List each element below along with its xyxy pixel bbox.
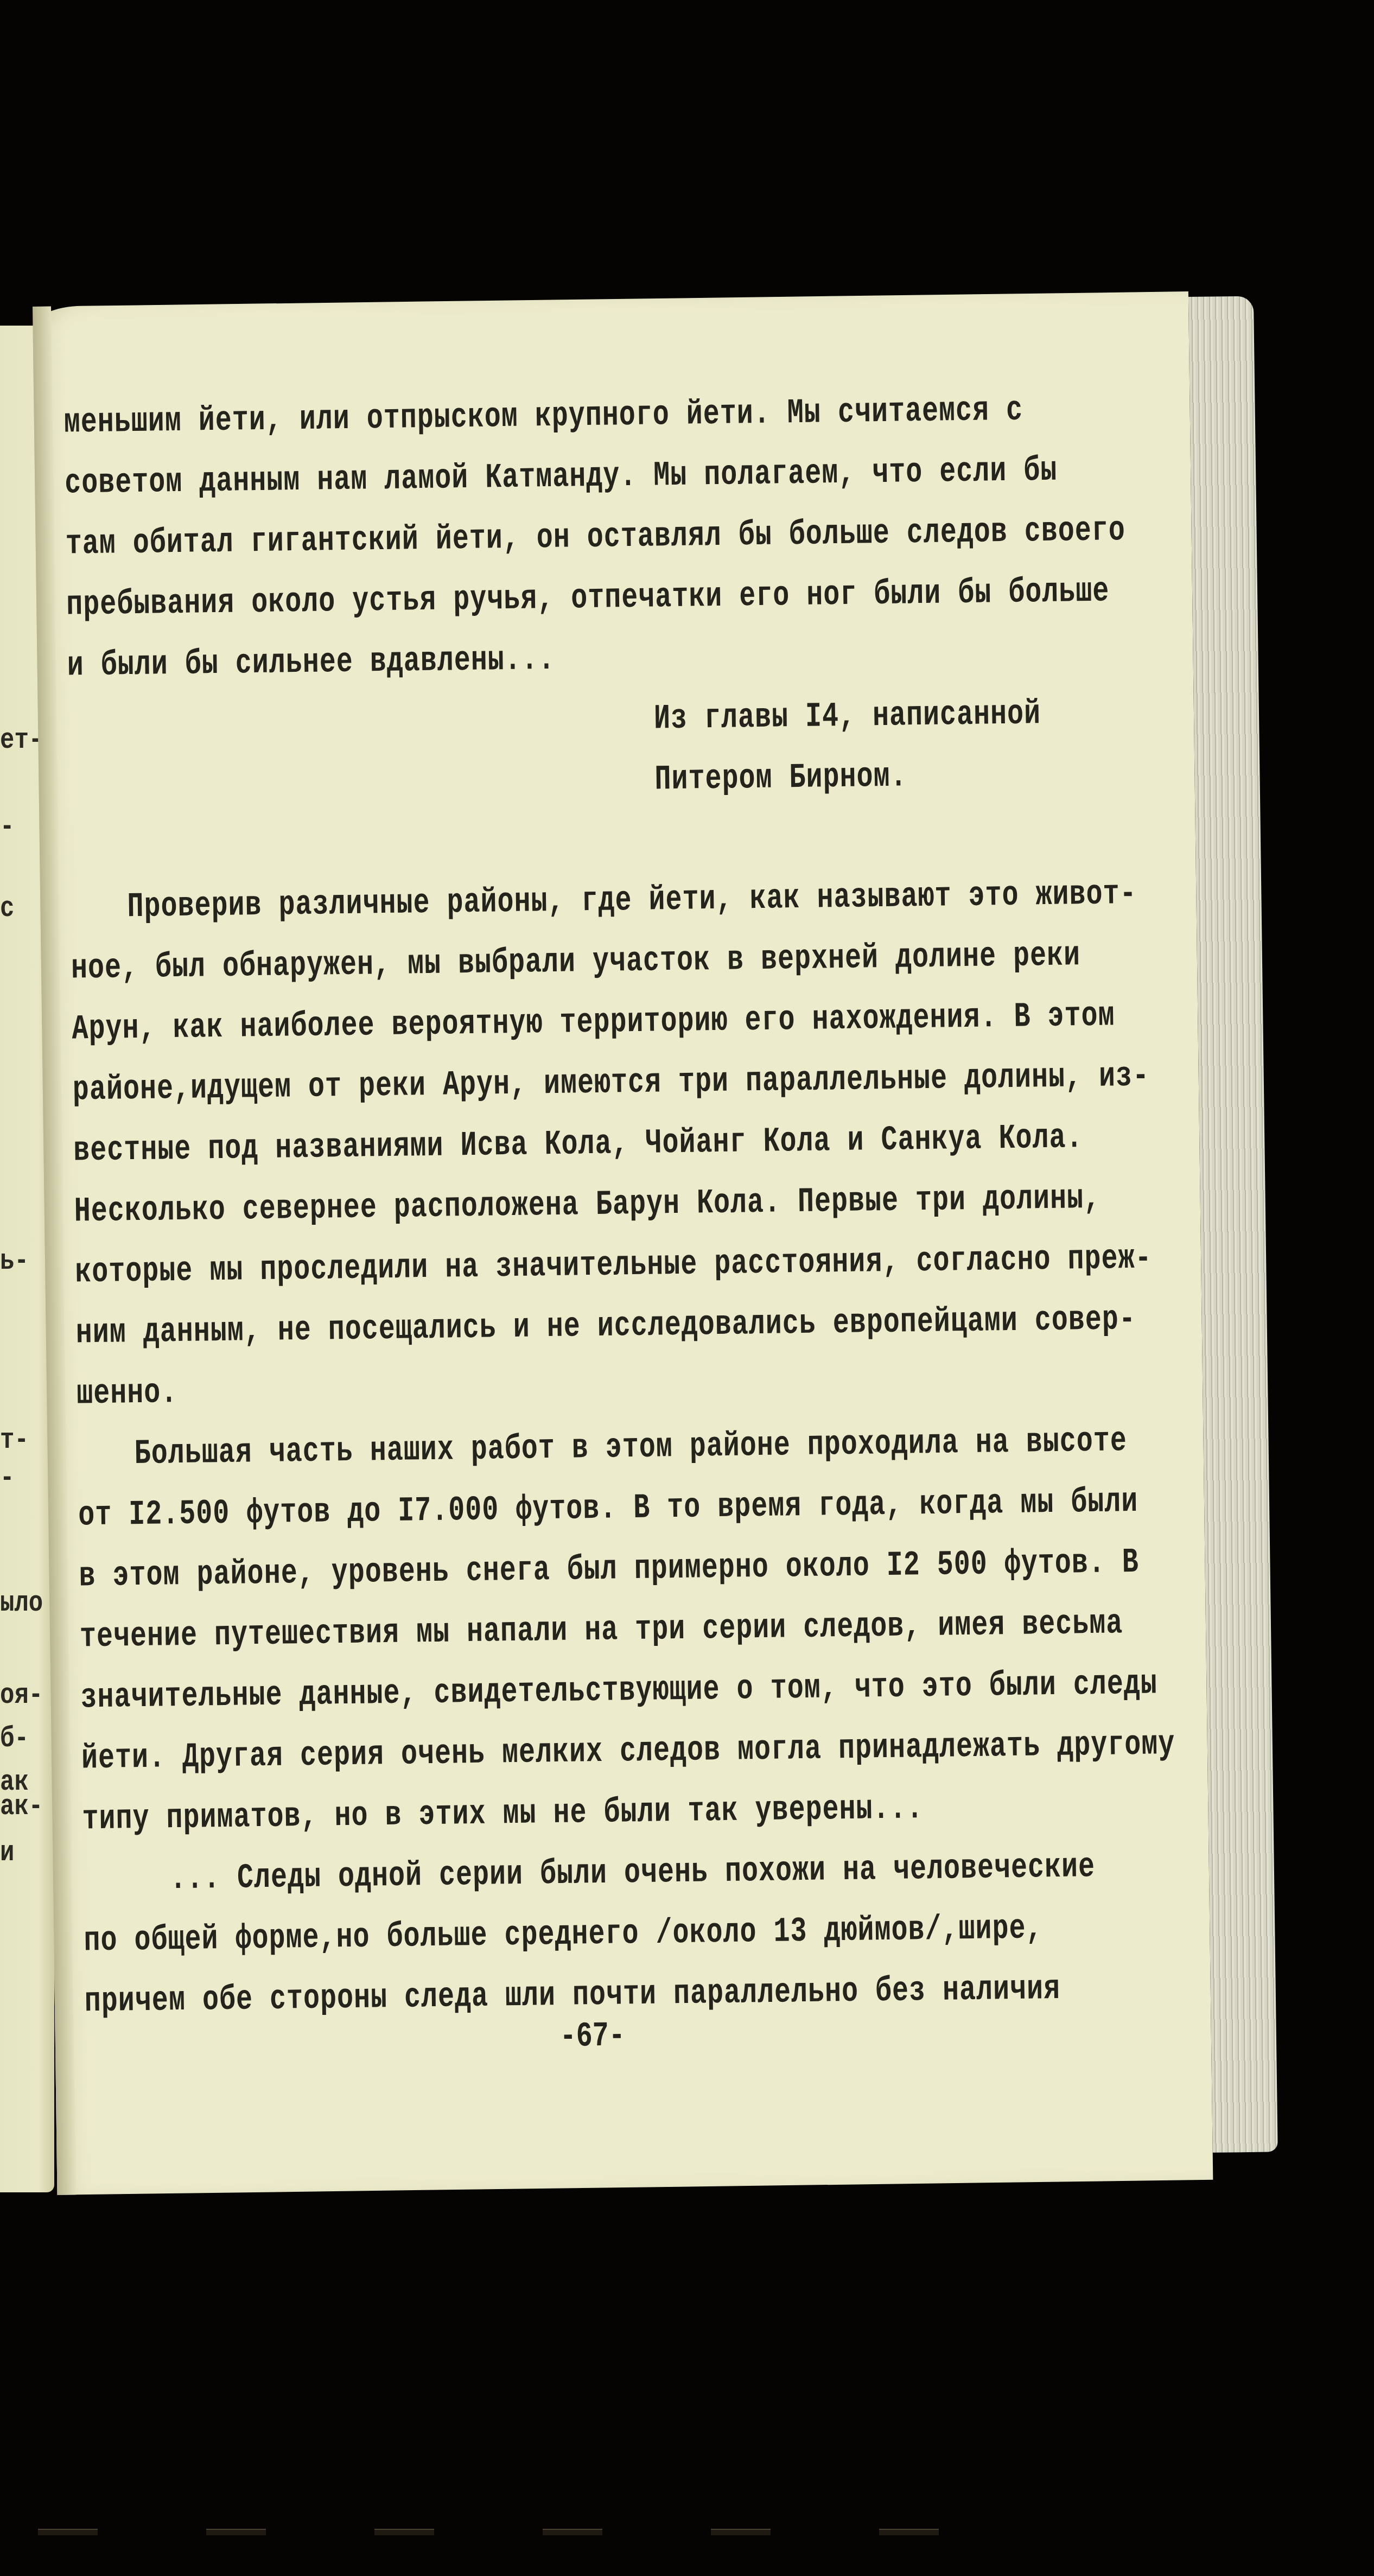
scanner-mark	[374, 2529, 434, 2535]
prev-page-text: -	[0, 811, 14, 844]
scanner-mark	[711, 2529, 771, 2535]
page-text: меньшим йети, или отпрыском крупного йет…	[63, 379, 1159, 2033]
attribution-line: Питером Бирном.	[68, 735, 1144, 827]
prev-page-text: и	[0, 1837, 14, 1869]
scanner-mark	[543, 2529, 602, 2535]
scanner-mark	[879, 2529, 939, 2535]
prev-page-text: ак-	[0, 1791, 43, 1823]
prev-page-text: с	[0, 893, 14, 925]
prev-page-text: ыло	[0, 1587, 43, 1620]
prev-page-text: т-	[0, 1424, 29, 1457]
scanner-mark	[38, 2529, 98, 2535]
scanner-mark	[206, 2529, 266, 2535]
page-stack-edges	[1188, 296, 1278, 2153]
prev-page-text: б-	[0, 1723, 29, 1756]
page-number: -67-	[559, 2017, 625, 2057]
typewritten-page: меньшим йети, или отпрыском крупного йет…	[33, 291, 1213, 2195]
prev-page-text: -	[0, 1462, 14, 1495]
prev-page-text: оя-	[0, 1680, 43, 1712]
prev-page-text: ь-	[0, 1245, 29, 1278]
prev-page-text: ет-	[0, 724, 43, 757]
